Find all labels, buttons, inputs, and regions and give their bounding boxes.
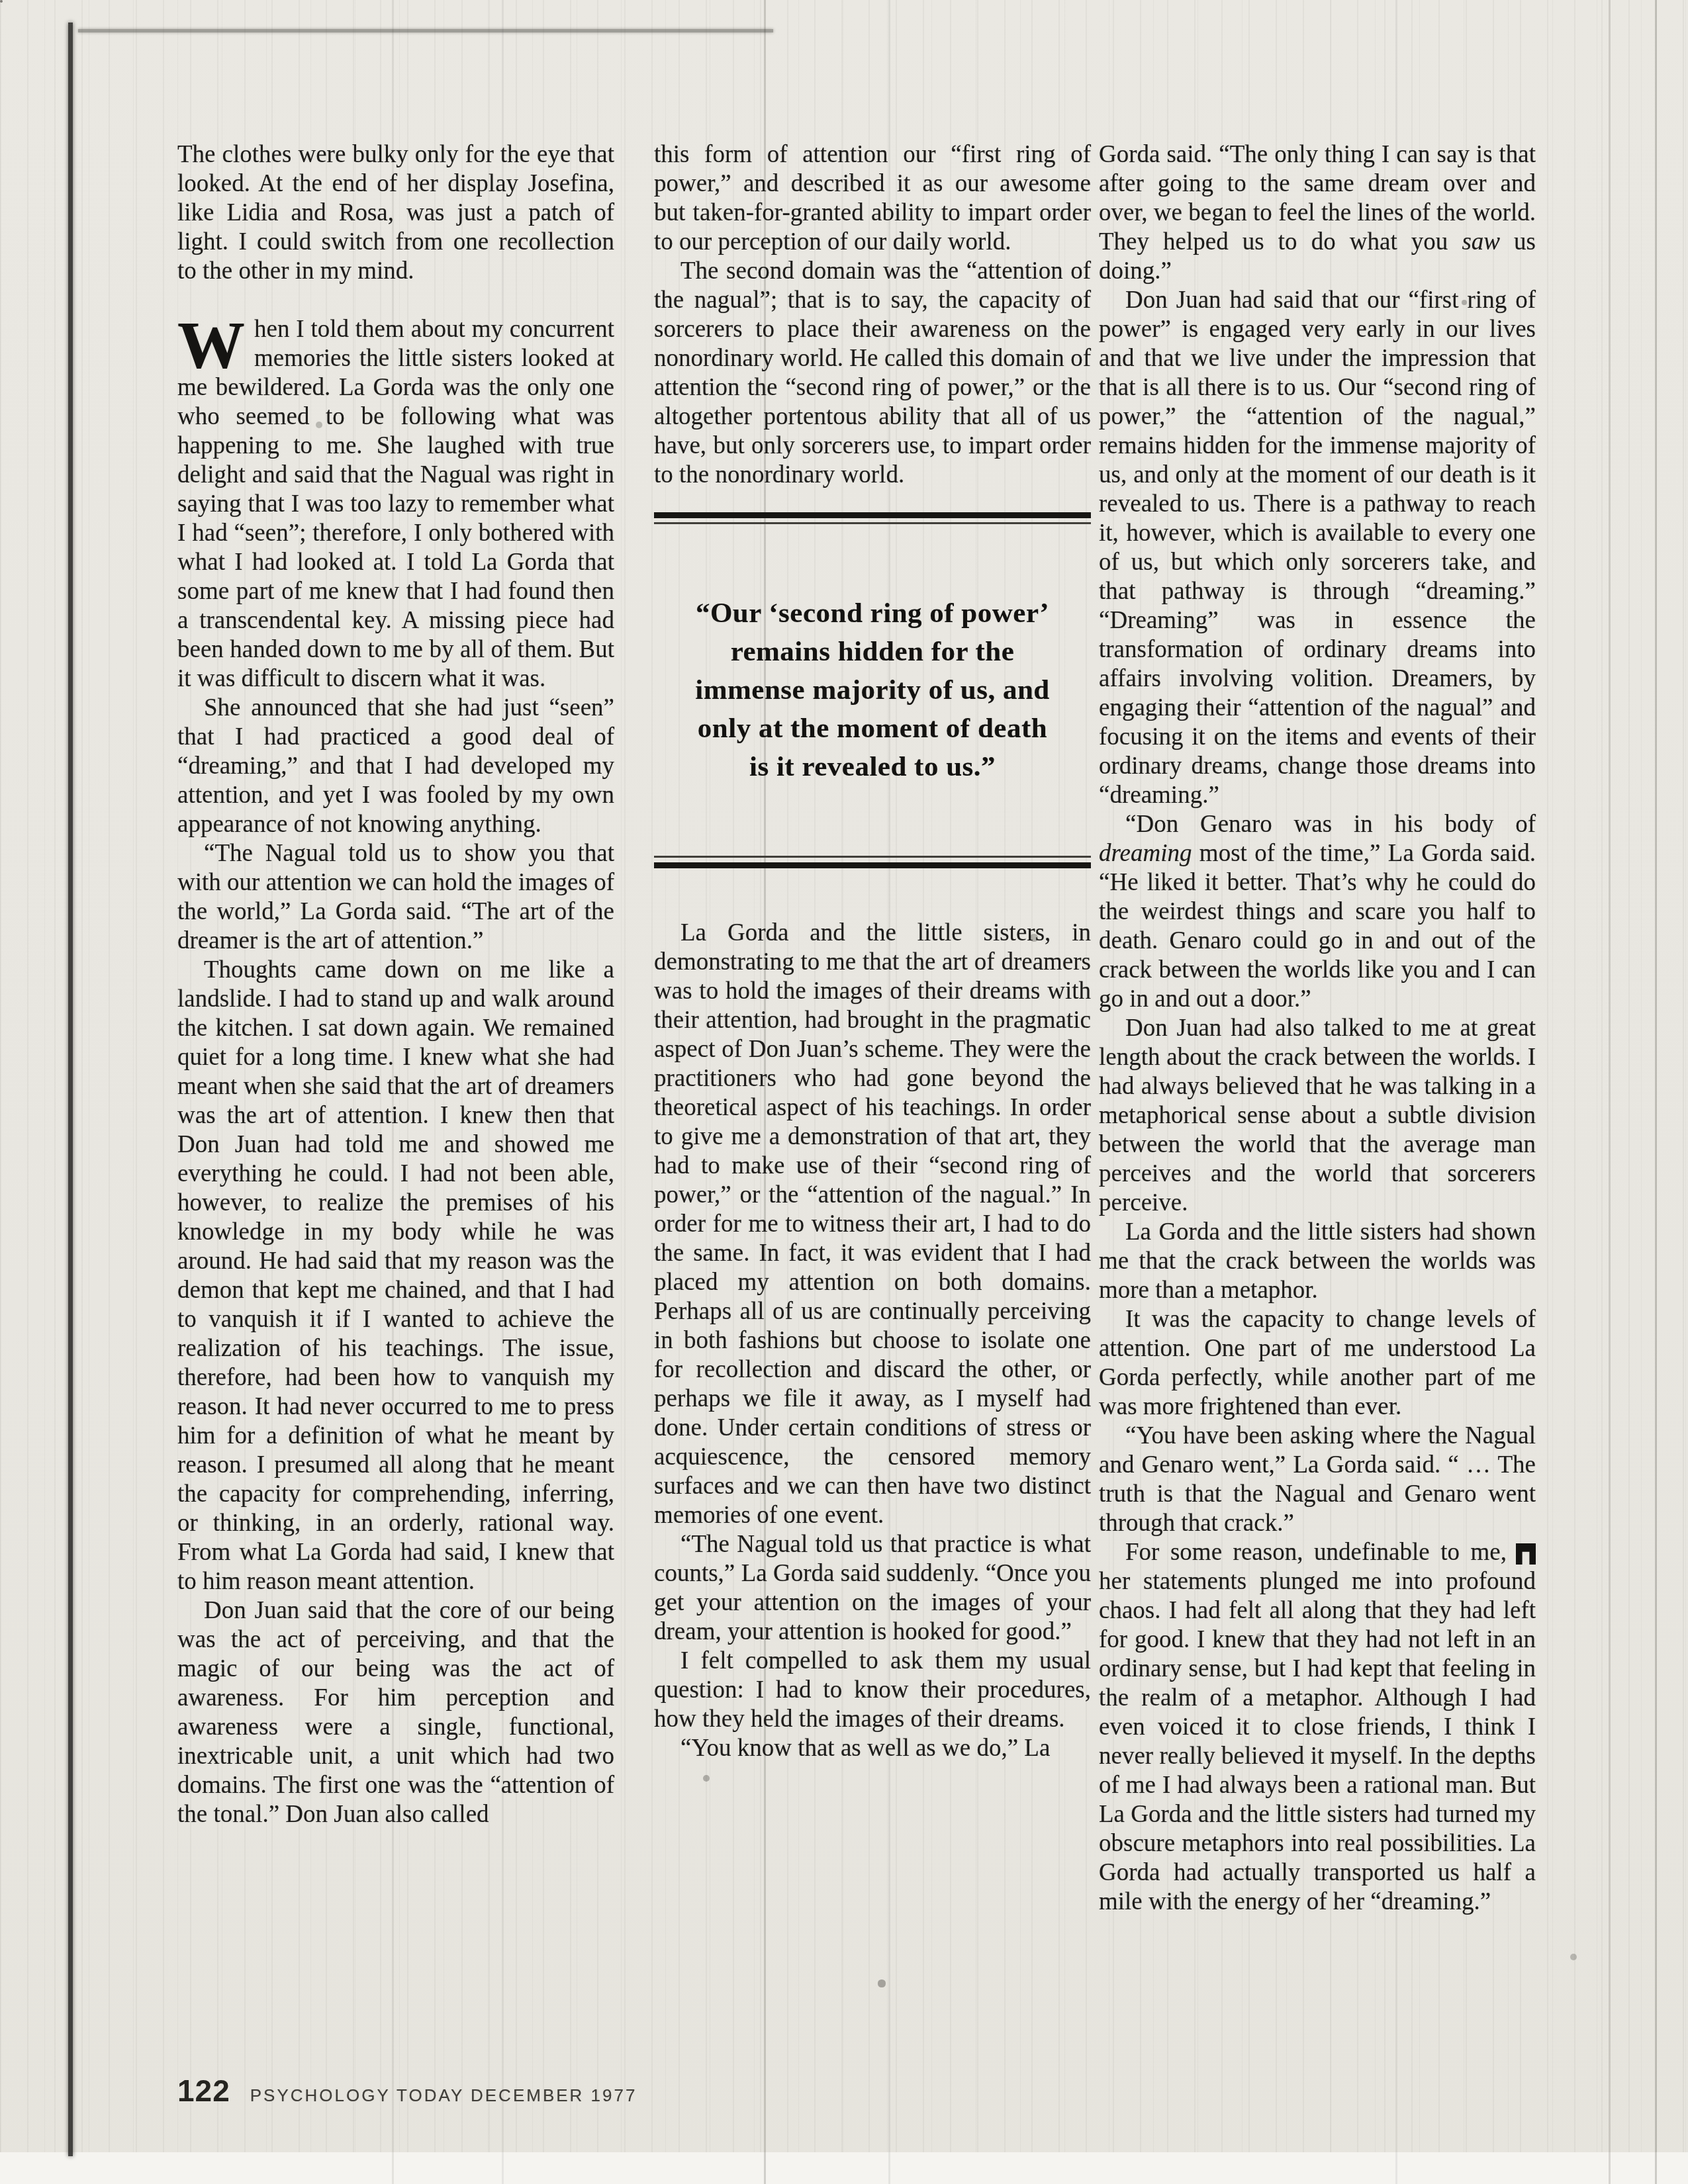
paragraph: “Don Genaro was in his body of dreaming … [1099,810,1536,1014]
paragraph: She announced that she had just “seen” t… [177,694,614,839]
scan-edge-left [68,23,73,2156]
scan-crease [1609,0,1611,2184]
paragraph: I felt compelled to ask them my usual qu… [654,1647,1091,1734]
pullquote-rule-bottom [654,855,1091,868]
paragraph: For some reason, undefinable to me, her … [1099,1538,1536,1917]
paragraph: The second domain was the “attention of … [654,257,1091,490]
magazine-page-scan: { "page": { "footer": { "page_number": "… [0,0,1688,2184]
article-column-2: this form of attention our “first ring o… [654,140,1091,1763]
paragraph: “You have been asking where the Nagual a… [1099,1422,1536,1538]
paragraph: Thoughts came down on me like a landslid… [177,956,614,1596]
paragraph: “The Nagual told us that practice is wha… [654,1530,1091,1647]
scan-specks [0,0,3,3]
paragraph: Gorda said. “The only thing I can say is… [1099,140,1536,286]
pullquote-rule-top [654,512,1091,525]
drop-cap: W [177,319,245,373]
paragraph: this form of attention our “first ring o… [654,140,1091,257]
scan-smear-top [78,29,773,32]
magazine-credit: PSYCHOLOGY TODAY DECEMBER 1977 [250,2085,637,2106]
paragraph: La Gorda and the little sisters, in demo… [654,919,1091,1530]
page-footer: 122 PSYCHOLOGY TODAY DECEMBER 1977 [177,2073,637,2109]
pull-quote: “Our ‘second ring of power’ remains hidd… [654,594,1091,786]
paragraph: La Gorda and the little sisters had show… [1099,1218,1536,1305]
page-number: 122 [177,2073,230,2109]
paragraph: Don Juan had also talked to me at great … [1099,1014,1536,1218]
paragraph: Don Juan said that the core of our being… [177,1596,614,1829]
end-of-article-icon [1516,1543,1536,1565]
paragraph: When I told them about my concurrent mem… [177,315,614,694]
scan-bottom-margin [0,2152,1688,2184]
paragraph: “The Nagual told us to show you that wit… [177,839,614,956]
paragraph: “You know that as well as we do,” La [654,1734,1091,1763]
scan-crease [1655,0,1657,2184]
paragraph: It was the capacity to change levels of … [1099,1305,1536,1422]
article-column-1: The clothes were bulky only for the eye … [177,140,614,1829]
article-column-3: Gorda said. “The only thing I can say is… [1099,140,1536,1917]
paragraph: Don Juan had said that our “first ring o… [1099,286,1536,810]
paragraph: The clothes were bulky only for the eye … [177,140,614,286]
